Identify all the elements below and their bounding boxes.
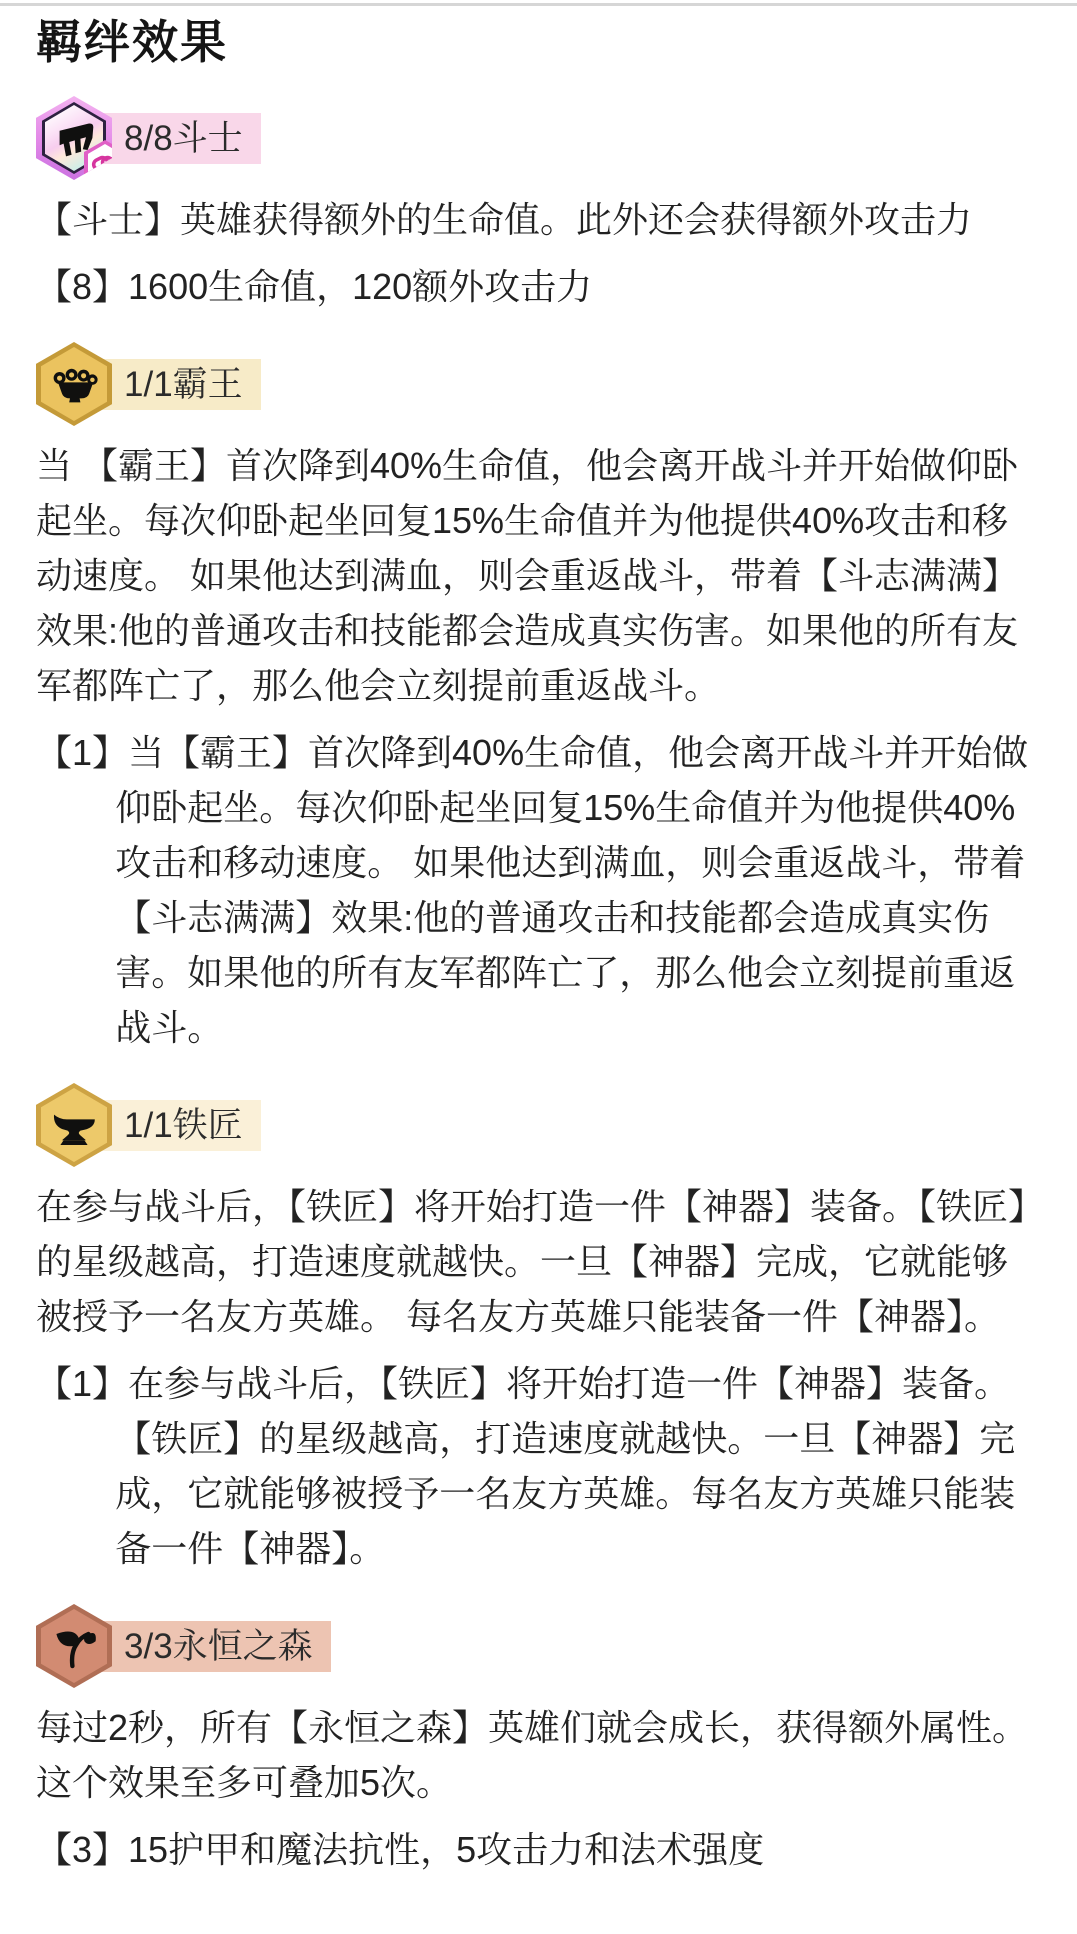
trait-section-tiejiang: 1/1铁匠 在参与战斗后，【铁匠】将开始打造一件【神器】装备。【铁匠】的星级越高… xyxy=(36,1083,1041,1576)
trait-bonus: 【1】当【霸王】首次降到40%生命值，他会离开战斗并开始做仰卧起坐。每次仰卧起坐… xyxy=(36,725,1041,1055)
sprout-icon xyxy=(36,1604,112,1688)
trait-badge-label: 3/3永恒之森 xyxy=(96,1621,331,1672)
trait-badge-label: 8/8斗士 xyxy=(96,113,261,164)
trait-description: 在参与战斗后，【铁匠】将开始打造一件【神器】装备。【铁匠】的星级越高，打造速度就… xyxy=(36,1179,1041,1344)
sprout-glyph xyxy=(50,1622,98,1670)
trait-description: 【斗士】英雄获得额外的生命值。此外还会获得额外攻击力 xyxy=(36,192,1041,247)
trait-section-bawang: 1/1霸王 当 【霸王】首次降到40%生命值，他会离开战斗并开始做仰卧起坐。每次… xyxy=(36,342,1041,1055)
trait-badge-doushi: 8/8斗士 xyxy=(36,96,1041,180)
trait-description: 每过2秒，所有【永恒之森】英雄们就会成长，获得额外属性。这个效果至多可叠加5次。 xyxy=(36,1700,1041,1810)
trait-effects-article: 羁绊效果 8/8斗士 xyxy=(0,14,1077,1877)
brass-knuckles-glyph xyxy=(50,360,98,408)
trait-bonus: 【8】1600生命值，120额外攻击力 xyxy=(36,259,1041,314)
brass-knuckles-icon xyxy=(36,342,112,426)
trait-section-forest: 3/3永恒之森 每过2秒，所有【永恒之森】英雄们就会成长，获得额外属性。这个效果… xyxy=(36,1604,1041,1877)
trait-bonus: 【1】在参与战斗后，【铁匠】将开始打造一件【神器】装备。【铁匠】的星级越高，打造… xyxy=(36,1356,1041,1576)
trait-badge-bawang: 1/1霸王 xyxy=(36,342,1041,426)
page-title: 羁绊效果 xyxy=(36,14,1041,70)
anvil-icon xyxy=(36,1083,112,1167)
trait-badge-label: 1/1铁匠 xyxy=(96,1100,261,1151)
page-top-divider xyxy=(0,3,1077,6)
anvil-glyph xyxy=(50,1101,98,1149)
trait-description: 当 【霸王】首次降到40%生命值，他会离开战斗并开始做仰卧起坐。每次仰卧起坐回复… xyxy=(36,438,1041,713)
trait-bonus: 【3】15护甲和魔法抗性，5攻击力和法术强度 xyxy=(36,1822,1041,1877)
trait-section-doushi: 8/8斗士 【斗士】英雄获得额外的生命值。此外还会获得额外攻击力 【8】1600… xyxy=(36,96,1041,314)
trait-badge-label: 1/1霸王 xyxy=(96,359,261,410)
riot-fist-icon xyxy=(36,96,112,180)
trait-badge-forest: 3/3永恒之森 xyxy=(36,1604,1041,1688)
trait-badge-tiejiang: 1/1铁匠 xyxy=(36,1083,1041,1167)
